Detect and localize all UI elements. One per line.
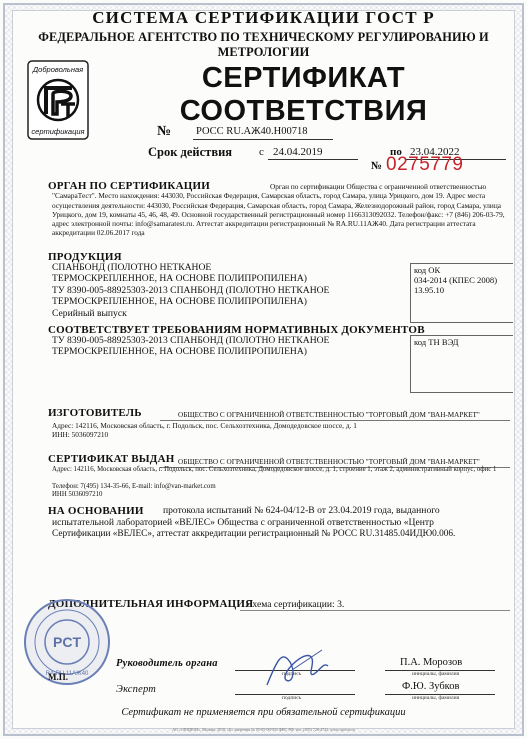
product-description: СПАНБОНД (ПОЛОТНО НЕТКАНОЕ ТЕРМОСКРЕПЛЕН… (52, 262, 402, 319)
head-name: П.А. Морозов (400, 657, 462, 668)
tn-ved-code-box: код ТН ВЭД (410, 335, 513, 393)
manufacturer-name: ОБЩЕСТВО С ОГРАНИЧЕННОЙ ОТВЕТСТВЕННОСТЬЮ… (178, 411, 508, 420)
basis-line-1: протокола испытаний № 624-04/12-В от 23.… (163, 505, 513, 516)
head-of-body-label: Руководитель органа (116, 658, 218, 669)
system-title: СИСТЕМА СЕРТИФИКАЦИИ ГОСТ Р (0, 8, 527, 28)
signature-scribble-icon (262, 640, 332, 695)
certification-body-text: Орган по сертификации Общества с огранич… (52, 182, 507, 238)
printer-line: АО «ОПЦИОН», Москва, 2018, «Б» лицензия … (70, 727, 457, 733)
expert-signature-caption: подпись (282, 695, 301, 701)
validity-label: Срок действия (148, 145, 232, 160)
svg-text:PCT: PCT (53, 634, 81, 650)
okpd-code-box: код ОК 034-2014 (КПЕС 2008) 13.95.10 (410, 263, 513, 323)
manufacturer-inn: ИНН: 5036097210 (52, 430, 108, 439)
stamp-label: М.П. (48, 672, 68, 682)
valid-from-label: с (259, 146, 264, 158)
basis-heading: НА ОСНОВАНИИ (48, 505, 144, 517)
issued-to-inn: ИНН 5036097210 (52, 490, 102, 499)
serial-number: 0275779 (386, 154, 463, 176)
basis-line-2: испытательной лабораторией «ВЕЛЕС» Общес… (52, 517, 512, 528)
conformity-documents: ТУ 8390-005-88925303-2013 СПАНБОНД (ПОЛО… (52, 335, 402, 358)
agency-title: ФЕДЕРАЛЬНОЕ АГЕНТСТВО ПО ТЕХНИЧЕСКОМУ РЕ… (0, 30, 527, 60)
svg-text:сертификация: сертификация (31, 127, 84, 136)
expert-name: Ф.Ю. Зубков (402, 681, 459, 692)
certificate-title: СЕРТИФИКАТ СООТВЕТСТВИЯ (98, 62, 509, 128)
number-label: № (157, 124, 171, 140)
voluntary-certification-logo: Добровольная сертификация (27, 60, 89, 140)
certificate-number: РОСС RU.АЖ40.Н00718 (196, 126, 307, 137)
gost-r-logo-icon: Добровольная сертификация (27, 60, 89, 140)
manufacturer-address: Адрес: 142116, Московская область, г. По… (52, 421, 507, 430)
valid-from-date: 24.04.2019 (273, 146, 323, 158)
additional-info-text: Схема сертификации: 3. (246, 599, 344, 610)
handwritten-signature (262, 640, 332, 695)
issued-to-address: Адрес: 142116, Московская область, г. По… (52, 466, 507, 475)
expert-label: Эксперт (116, 684, 156, 695)
certificate-page: СИСТЕМА СЕРТИФИКАЦИИ ГОСТ Р ФЕДЕРАЛЬНОЕ … (0, 0, 527, 739)
expert-name-caption: инициалы, фамилия (412, 695, 459, 701)
footer-note: Сертификат не применяется при обязательн… (0, 707, 527, 718)
serial-number-label: № (371, 160, 382, 172)
head-name-caption: инициалы, фамилия (412, 671, 459, 677)
manufacturer-heading: ИЗГОТОВИТЕЛЬ (48, 407, 142, 419)
issued-to-heading: СЕРТИФИКАТ ВЫДАН (48, 453, 174, 465)
svg-text:Добровольная: Добровольная (32, 65, 83, 74)
basis-line-3: Сертификации «ВЕЛЕС», аттестат аккредита… (52, 529, 512, 540)
